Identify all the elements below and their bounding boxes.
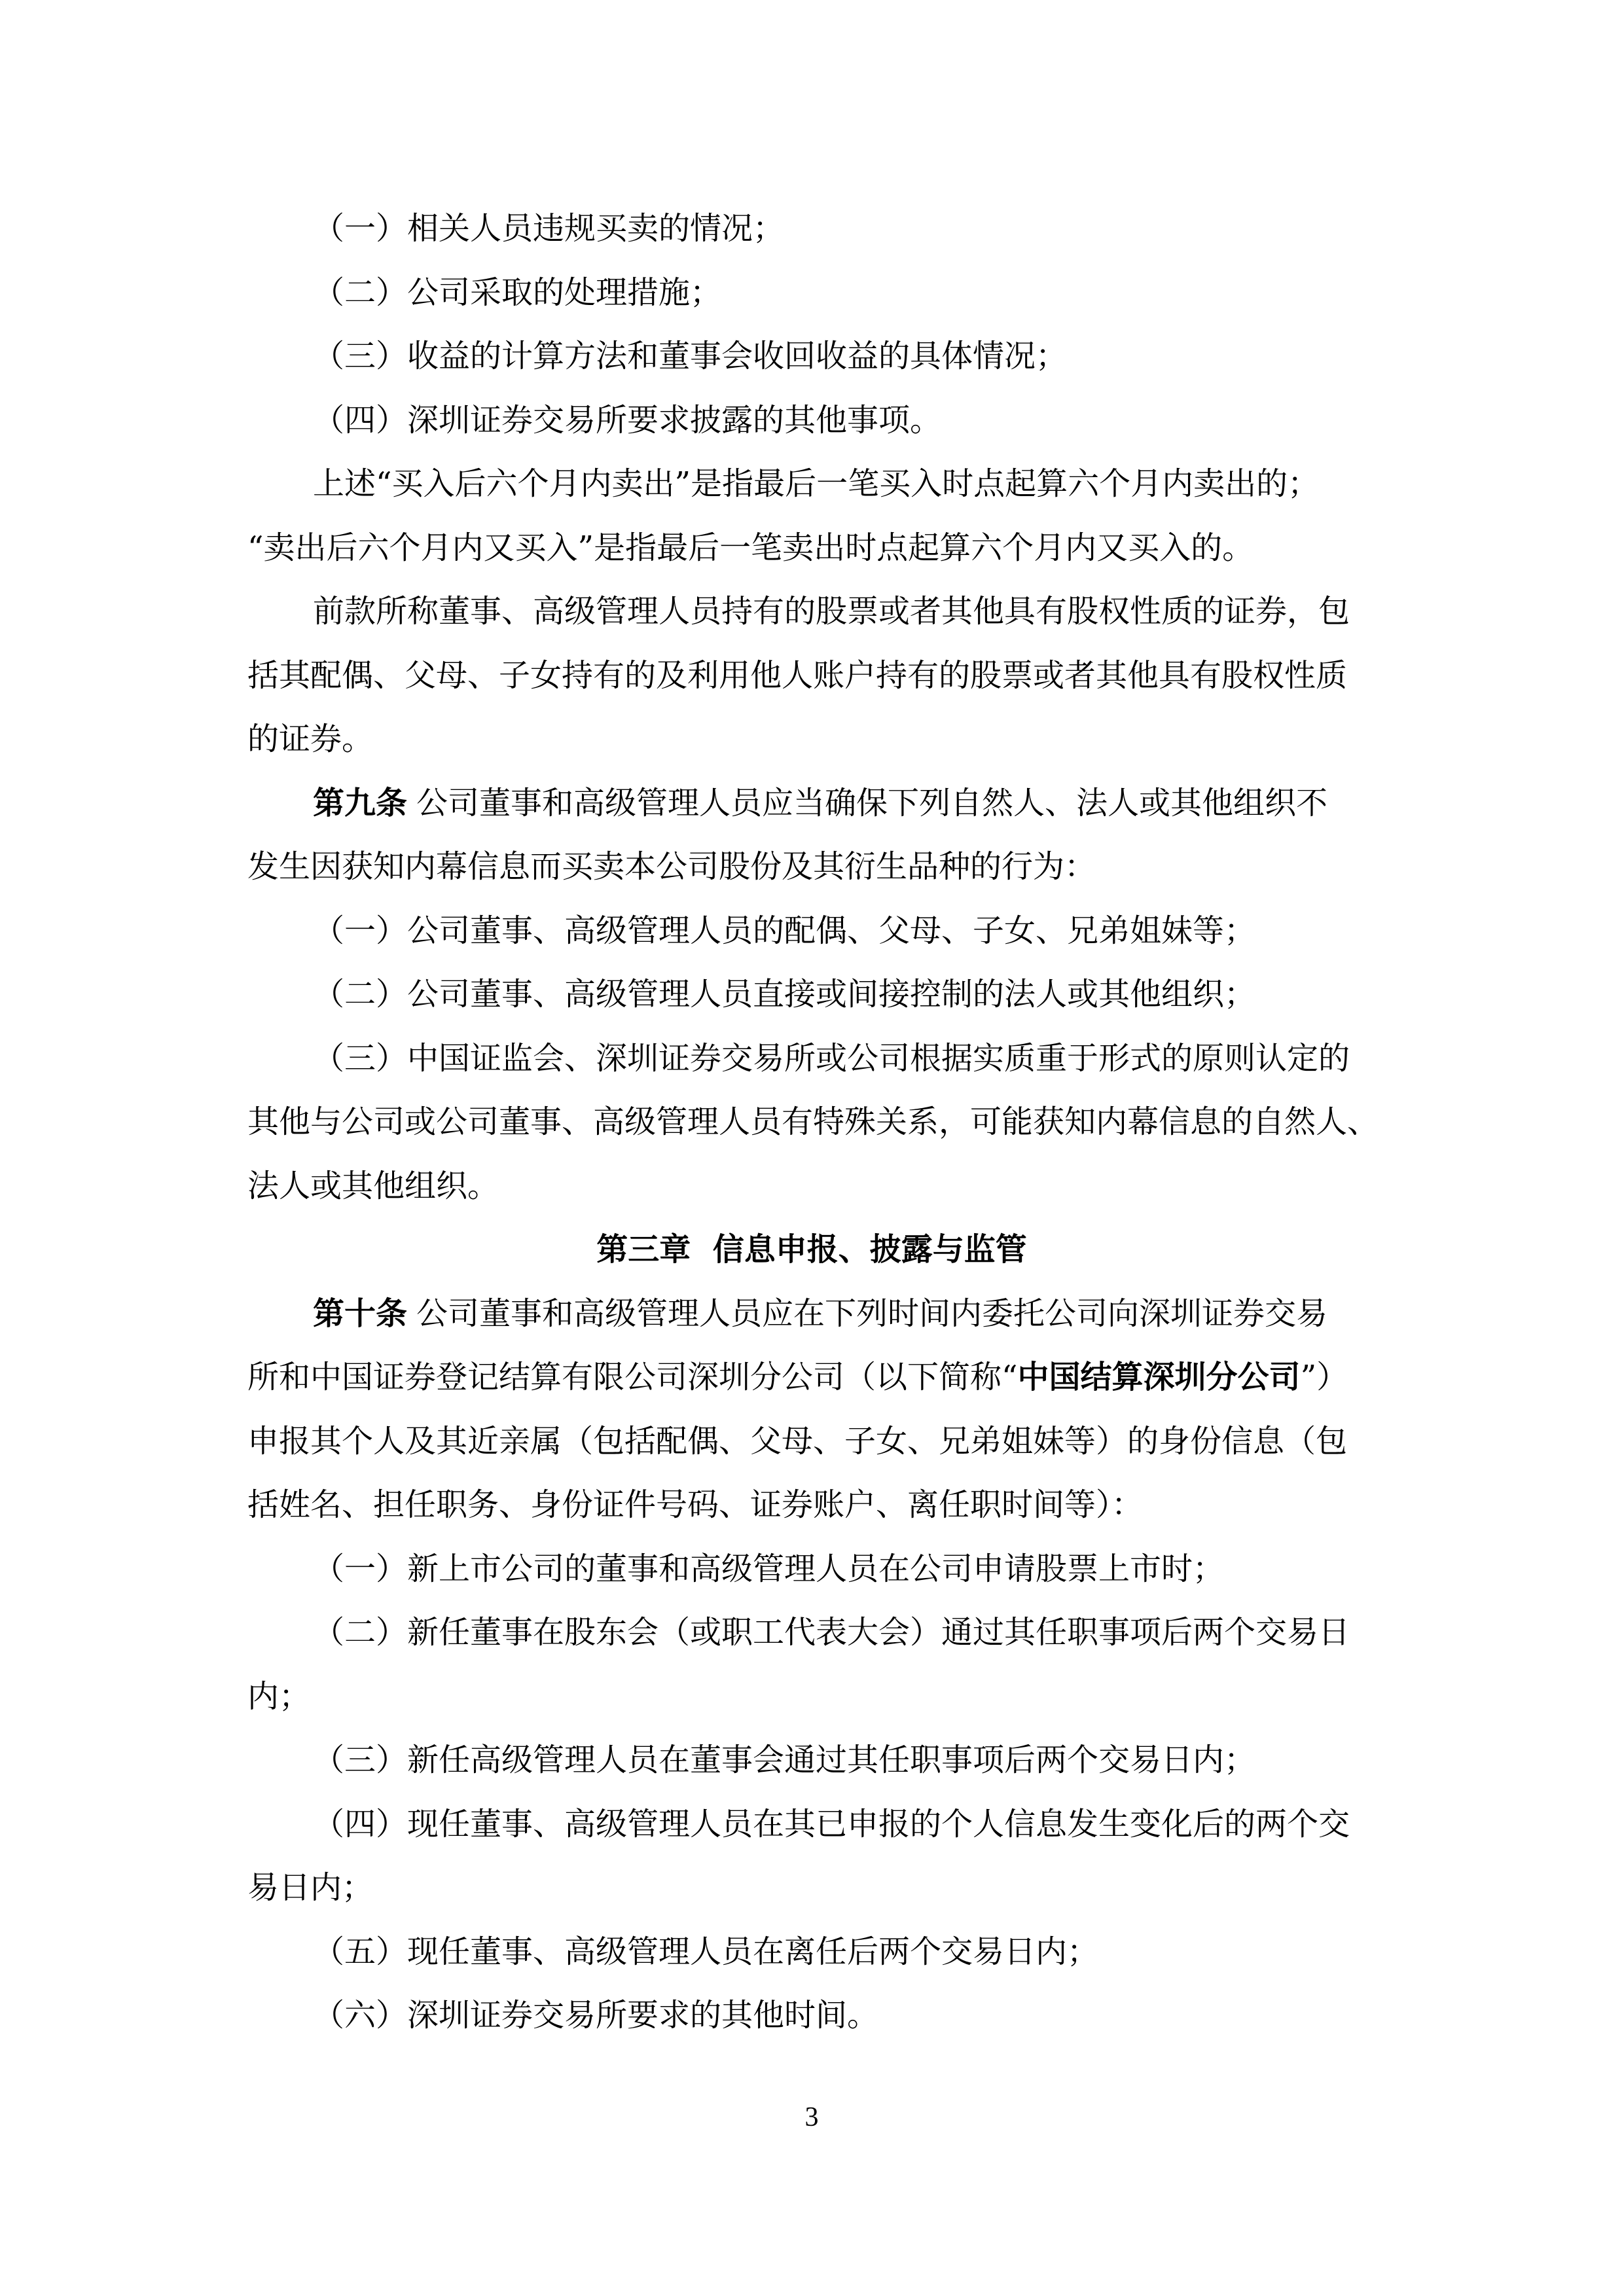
list-item: （六）深圳证券交易所要求的其他时间。 (247, 1984, 1376, 2048)
article-9-line: 第九条公司董事和高级管理人员应当确保下列自然人、法人或其他组织不 (247, 772, 1376, 836)
heading-text: 第三章 信息申报、披露与监管 (596, 1218, 1026, 1282)
chapter-heading: 第三章 信息申报、披露与监管 (247, 1218, 1376, 1282)
line-text: ”） (1301, 1346, 1348, 1410)
paragraph-line: 内； (247, 1665, 1376, 1729)
list-item: （四）现任董事、高级管理人员在其已申报的个人信息发生变化后的两个交 (247, 1793, 1376, 1857)
list-item: （三）收益的计算方法和董事会收回收益的具体情况； (247, 325, 1376, 389)
line-text: 申报其个人及其近亲属（包括配偶、父母、子女、兄弟姐妹等）的身份信息（包 (247, 1410, 1347, 1474)
line-text: （二）公司采取的处理措施； (313, 261, 721, 325)
paragraph-line: “卖出后六个月内又买入”是指最后一笔卖出时点起算六个月内又买入的。 (247, 516, 1376, 581)
paragraph-line: 前款所称董事、高级管理人员持有的股票或者其他具有股权性质的证券，包 (247, 580, 1376, 644)
list-item: （一）相关人员违规买卖的情况； (247, 197, 1376, 261)
page-number: 3 (785, 2098, 838, 2137)
paragraph-line: 其他与公司或公司董事、高级管理人员有特殊关系，可能获知内幕信息的自然人、 (247, 1090, 1376, 1155)
article-label: 第十条 (313, 1282, 407, 1346)
document-page: （一）相关人员违规买卖的情况； （二）公司采取的处理措施； （三）收益的计算方法… (0, 0, 1624, 2296)
line-text: （三）收益的计算方法和董事会收回收益的具体情况； (313, 325, 1067, 389)
defined-term: 中国结算深圳分公司 (1018, 1346, 1301, 1410)
line-text: （三）新任高级管理人员在董事会通过其任职事项后两个交易日内； (313, 1729, 1255, 1793)
line-text: （一）公司董事、高级管理人员的配偶、父母、子女、兄弟姐妹等； (313, 899, 1255, 963)
line-text: 发生因获知内幕信息而买卖本公司股份及其衍生品种的行为： (247, 835, 1096, 899)
line-text: 内； (247, 1665, 310, 1729)
line-text: 前款所称董事、高级管理人员持有的股票或者其他具有股权性质的证券，包 (313, 580, 1350, 644)
line-text: （二）公司董事、高级管理人员直接或间接控制的法人或其他组织； (313, 963, 1255, 1027)
line-text: （三）中国证监会、深圳证券交易所或公司根据实质重于形式的原则认定的 (313, 1027, 1350, 1091)
list-item: （三）中国证监会、深圳证券交易所或公司根据实质重于形式的原则认定的 (247, 1027, 1376, 1091)
line-text: “卖出后六个月内又买入”是指最后一笔卖出时点起算六个月内又买入的。 (247, 516, 1254, 581)
paragraph-line: 法人或其他组织。 (247, 1155, 1376, 1219)
list-item: （二）公司采取的处理措施； (247, 261, 1376, 325)
paragraph-line: 易日内； (247, 1856, 1376, 1920)
list-item: （三）新任高级管理人员在董事会通过其任职事项后两个交易日内； (247, 1729, 1376, 1793)
line-text: 公司董事和高级管理人员应在下列时间内委托公司向深圳证券交易 (416, 1282, 1327, 1346)
document-body: （一）相关人员违规买卖的情况； （二）公司采取的处理措施； （三）收益的计算方法… (247, 197, 1376, 2048)
line-text: （一）相关人员违规买卖的情况； (313, 197, 784, 261)
paragraph-line: 括姓名、担任职务、身份证件号码、证券账户、离任职时间等）： (247, 1473, 1376, 1537)
list-item: （四）深圳证券交易所要求披露的其他事项。 (247, 389, 1376, 453)
line-text: 括其配偶、父母、子女持有的及利用他人账户持有的股票或者其他具有股权性质 (247, 644, 1347, 708)
article-label: 第九条 (313, 772, 407, 836)
paragraph-line: 所和中国证券登记结算有限公司深圳分公司（以下简称“中国结算深圳分公司”） (247, 1346, 1376, 1410)
line-text: （六）深圳证券交易所要求的其他时间。 (313, 1984, 878, 2048)
line-text: 其他与公司或公司董事、高级管理人员有特殊关系，可能获知内幕信息的自然人、 (247, 1090, 1379, 1155)
list-item: （一）公司董事、高级管理人员的配偶、父母、子女、兄弟姐妹等； (247, 899, 1376, 963)
list-item: （五）现任董事、高级管理人员在离任后两个交易日内； (247, 1920, 1376, 1984)
line-text: 的证券。 (247, 708, 373, 772)
paragraph-line: 发生因获知内幕信息而买卖本公司股份及其衍生品种的行为： (247, 835, 1376, 899)
line-text: 易日内； (247, 1856, 373, 1920)
line-text: 公司董事和高级管理人员应当确保下列自然人、法人或其他组织不 (416, 772, 1327, 836)
line-text: （四）深圳证券交易所要求披露的其他事项。 (313, 389, 941, 453)
line-text: 法人或其他组织。 (247, 1155, 499, 1219)
line-text: （二）新任董事在股东会（或职工代表大会）通过其任职事项后两个交易日 (313, 1601, 1350, 1665)
line-text: 括姓名、担任职务、身份证件号码、证券账户、离任职时间等）： (247, 1473, 1143, 1537)
article-10-line: 第十条公司董事和高级管理人员应在下列时间内委托公司向深圳证券交易 (247, 1282, 1376, 1346)
line-text: （四）现任董事、高级管理人员在其已申报的个人信息发生变化后的两个交 (313, 1793, 1350, 1857)
line-text: 上述“买入后六个月内卖出”是指最后一笔买入时点起算六个月内卖出的； (313, 452, 1319, 516)
line-text: （五）现任董事、高级管理人员在离任后两个交易日内； (313, 1920, 1098, 1984)
line-text: （一）新上市公司的董事和高级管理人员在公司申请股票上市时； (313, 1537, 1224, 1602)
paragraph-line: 上述“买入后六个月内卖出”是指最后一笔买入时点起算六个月内卖出的； (247, 452, 1376, 516)
list-item: （二）新任董事在股东会（或职工代表大会）通过其任职事项后两个交易日 (247, 1601, 1376, 1665)
line-text: 所和中国证券登记结算有限公司深圳分公司（以下简称“ (247, 1346, 1018, 1410)
paragraph-line: 括其配偶、父母、子女持有的及利用他人账户持有的股票或者其他具有股权性质 (247, 644, 1376, 708)
list-item: （一）新上市公司的董事和高级管理人员在公司申请股票上市时； (247, 1537, 1376, 1602)
paragraph-line: 申报其个人及其近亲属（包括配偶、父母、子女、兄弟姐妹等）的身份信息（包 (247, 1410, 1376, 1474)
list-item: （二）公司董事、高级管理人员直接或间接控制的法人或其他组织； (247, 963, 1376, 1027)
paragraph-line: 的证券。 (247, 708, 1376, 772)
